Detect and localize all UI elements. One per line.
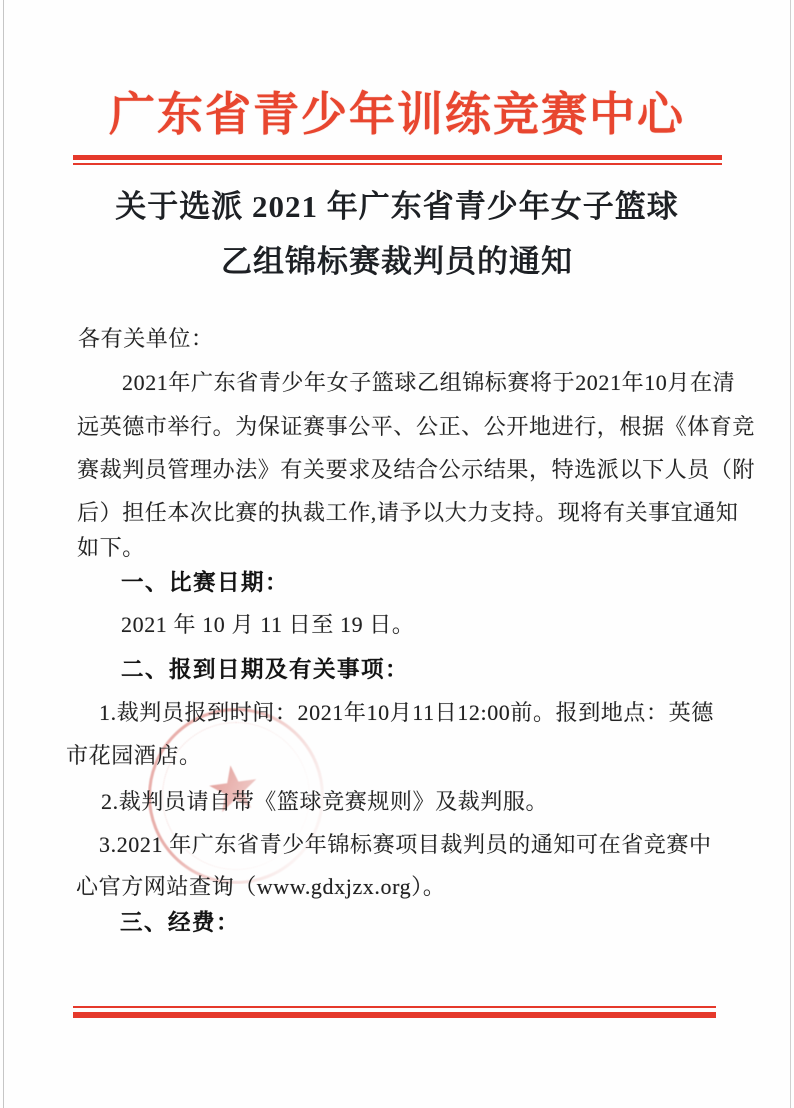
letterhead-org-name: 广东省青少年训练竞赛中心	[0, 78, 794, 144]
section1-content: 2021 年 10 月 11 日至 19 日。	[121, 608, 414, 639]
paragraph1-line1: 2021年广东省青少年女子篮球乙组锦标赛将于2021年10月在清	[122, 366, 735, 397]
divider-thin-line	[73, 163, 722, 165]
paragraph1-line2: 远英德市举行。为保证赛事公平、公正、公开地进行，根据《体育竞	[77, 410, 755, 441]
document-title-line1: 关于选派 2021 年广东省青少年女子篮球	[0, 181, 794, 226]
section2-item3-line1: 3.2021 年广东省青少年锦标赛项目裁判员的通知可在省竞赛中	[99, 828, 712, 859]
section2-heading: 二、报到日期及有关事项：	[121, 652, 409, 684]
footer-divider	[73, 1006, 716, 1018]
section1-heading: 一、比赛日期：	[121, 565, 289, 597]
paragraph1-line3: 赛裁判员管理办法》有关要求及结合公示结果，特选派以下人员（附	[77, 453, 755, 484]
salutation: 各有关单位：	[78, 322, 214, 353]
section2-item1-line1: 1.裁判员报到时间：2021年10月11日12:00前。报到地点：英德	[99, 696, 714, 727]
section2-item2: 2.裁判员请自带《篮球竞赛规则》及裁判服。	[101, 785, 548, 816]
footer-thick-line	[73, 1012, 716, 1018]
paragraph1-line5: 如下。	[77, 531, 145, 562]
section2-item1-line2: 市花园酒店。	[66, 739, 202, 770]
section3-heading: 三、经费：	[120, 905, 240, 937]
paragraph1-line4: 后）担任本次比赛的执裁工作,请予以大力支持。现将有关事宜通知	[77, 496, 739, 527]
document-title-line2: 乙组锦标赛裁判员的通知	[0, 236, 794, 281]
section2-item3-line2: 心官方网站查询（www.gdxjzx.org）。	[76, 870, 445, 901]
letterhead-divider	[73, 155, 722, 165]
document-page: 广东省青少年训练竞赛中心 关于选派 2021 年广东省青少年女子篮球 乙组锦标赛…	[0, 0, 794, 1108]
